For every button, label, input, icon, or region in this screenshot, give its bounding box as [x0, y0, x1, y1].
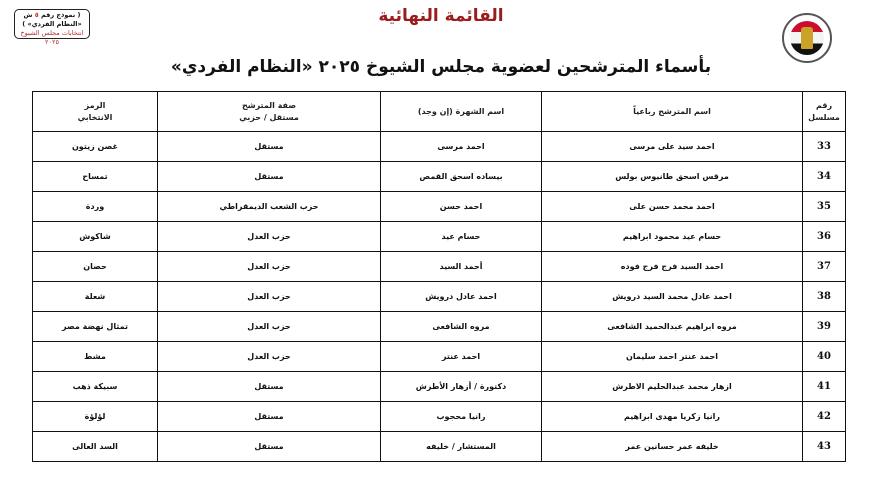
table-row: 36 حسام عيد محمود ابراهيم حسام عيد حزب ا…	[33, 222, 846, 252]
cell-serial: 41	[803, 372, 846, 402]
table-row: 34 مرقس اسحق طانيوس بولس بيساده اسحق الق…	[33, 162, 846, 192]
header-serial: رقممسلسل	[803, 92, 846, 132]
cell-affiliation: مستقل	[158, 132, 381, 162]
cell-nickname: المستشار / خليفه	[381, 432, 542, 462]
cell-serial: 39	[803, 312, 846, 342]
cell-name: خليفه عمر حسانين عمر	[542, 432, 803, 462]
header-nickname: اسم الشهرة (إن وجد)	[381, 92, 542, 132]
cell-symbol: شعلة	[33, 282, 158, 312]
cell-nickname: رانيا محجوب	[381, 402, 542, 432]
cell-serial: 35	[803, 192, 846, 222]
cell-symbol: السد العالى	[33, 432, 158, 462]
form-label-line1: ( نموذج رقم ٥ ش «النظام الفردي» )	[19, 11, 85, 29]
cell-affiliation: مستقل	[158, 372, 381, 402]
cell-name: احمد عنتر احمد سليمان	[542, 342, 803, 372]
cell-affiliation: حزب الشعب الديمقراطي	[158, 192, 381, 222]
form-number-label: ( نموذج رقم ٥ ش «النظام الفردي» ) انتخاب…	[14, 9, 90, 39]
cell-serial: 42	[803, 402, 846, 432]
cell-serial: 40	[803, 342, 846, 372]
cell-serial: 34	[803, 162, 846, 192]
cell-nickname: احمد عادل درويش	[381, 282, 542, 312]
candidates-table: رقممسلسل اسم المترشح رباعياً اسم الشهرة …	[32, 91, 846, 462]
cell-name: مروه ابراهيم عبدالحميد الشافعى	[542, 312, 803, 342]
cell-affiliation: حزب العدل	[158, 252, 381, 282]
table-row: 40 احمد عنتر احمد سليمان احمد عنتر حزب ا…	[33, 342, 846, 372]
document-subtitle: بأسماء المترشحين لعضوية مجلس الشيوخ ٢٠٢٥…	[0, 57, 882, 77]
table-header-row: رقممسلسل اسم المترشح رباعياً اسم الشهرة …	[33, 92, 846, 132]
cell-nickname: مروه الشافعى	[381, 312, 542, 342]
cell-name: رانيا زكريا مهدى ابراهيم	[542, 402, 803, 432]
table-row: 39 مروه ابراهيم عبدالحميد الشافعى مروه ا…	[33, 312, 846, 342]
table-row: 43 خليفه عمر حسانين عمر المستشار / خليفه…	[33, 432, 846, 462]
cell-name: احمد سيد على مرسى	[542, 132, 803, 162]
cell-nickname: دكتورة / أزهار الأطرش	[381, 372, 542, 402]
header-symbol: الرمزالانتخابي	[33, 92, 158, 132]
header-name: اسم المترشح رباعياً	[542, 92, 803, 132]
cell-affiliation: مستقل	[158, 432, 381, 462]
cell-symbol: وردة	[33, 192, 158, 222]
cell-symbol: حصان	[33, 252, 158, 282]
cell-affiliation: مستقل	[158, 162, 381, 192]
cell-nickname: حسام عيد	[381, 222, 542, 252]
cell-nickname: احمد مرسى	[381, 132, 542, 162]
cell-nickname: احمد حسن	[381, 192, 542, 222]
header-affiliation: صفة المترشحمستقل / حزبي	[158, 92, 381, 132]
cell-serial: 33	[803, 132, 846, 162]
cell-affiliation: مستقل	[158, 402, 381, 432]
cell-nickname: احمد عنتر	[381, 342, 542, 372]
cell-symbol: تمثال نهضة مصر	[33, 312, 158, 342]
cell-serial: 38	[803, 282, 846, 312]
cell-name: ازهار محمد عبدالحليم الاطرش	[542, 372, 803, 402]
cell-symbol: سبيكة ذهب	[33, 372, 158, 402]
cell-serial: 37	[803, 252, 846, 282]
cell-name: احمد محمد حسن على	[542, 192, 803, 222]
document-title: القائمة النهائية	[0, 6, 882, 26]
form-label-prefix: ( نموذج رقم	[39, 11, 81, 19]
cell-serial: 36	[803, 222, 846, 252]
table-row: 37 احمد السيد فرج فرج فوده أحمد السيد حز…	[33, 252, 846, 282]
cell-nickname: بيساده اسحق القمص	[381, 162, 542, 192]
table-row: 38 احمد عادل محمد السيد درويش احمد عادل …	[33, 282, 846, 312]
eagle-icon	[801, 27, 813, 49]
cell-affiliation: حزب العدل	[158, 312, 381, 342]
table-row: 41 ازهار محمد عبدالحليم الاطرش دكتورة / …	[33, 372, 846, 402]
cell-name: مرقس اسحق طانيوس بولس	[542, 162, 803, 192]
cell-symbol: شاكوش	[33, 222, 158, 252]
table-row: 35 احمد محمد حسن على احمد حسن حزب الشعب …	[33, 192, 846, 222]
cell-name: حسام عيد محمود ابراهيم	[542, 222, 803, 252]
cell-symbol: غصن زيتون	[33, 132, 158, 162]
table-row: 42 رانيا زكريا مهدى ابراهيم رانيا محجوب …	[33, 402, 846, 432]
cell-name: احمد عادل محمد السيد درويش	[542, 282, 803, 312]
cell-symbol: تمساح	[33, 162, 158, 192]
cell-affiliation: حزب العدل	[158, 282, 381, 312]
cell-nickname: أحمد السيد	[381, 252, 542, 282]
cell-symbol: لؤلؤة	[33, 402, 158, 432]
emblem-logo-icon	[782, 13, 832, 63]
cell-affiliation: حزب العدل	[158, 342, 381, 372]
cell-serial: 43	[803, 432, 846, 462]
form-label-line2: انتخابات مجلس الشيوخ ٢٠٢٥	[19, 29, 85, 47]
cell-symbol: مشط	[33, 342, 158, 372]
table-row: 33 احمد سيد على مرسى احمد مرسى مستقل غصن…	[33, 132, 846, 162]
cell-name: احمد السيد فرج فرج فوده	[542, 252, 803, 282]
cell-affiliation: حزب العدل	[158, 222, 381, 252]
